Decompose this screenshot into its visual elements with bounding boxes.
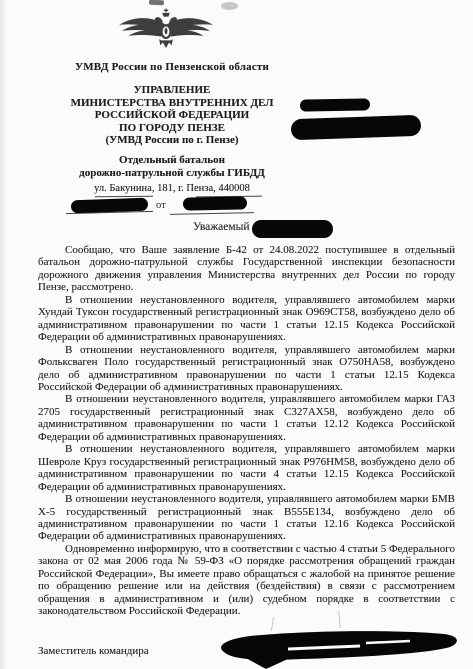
form-underline xyxy=(95,196,153,198)
paragraph-case-volkswagen-polo: В отношении неустановленного водителя, у… xyxy=(38,344,455,394)
unit-name-block: Отдельный батальон дорожно-патрульной сл… xyxy=(28,154,316,180)
paragraph-appeal-rights: Одновременно информирую, что в соответст… xyxy=(38,543,455,618)
issuing-region-title: УМВД России по Пензенской области xyxy=(28,61,316,73)
org-line: РОССИЙСКОЙ ФЕДЕРАЦИИ xyxy=(28,109,316,122)
scan-edge-shadow xyxy=(0,0,7,669)
org-line: УПРАВЛЕНИЕ xyxy=(28,84,316,97)
paragraph-case-bmw-x5: В отношении неустановленного водителя, у… xyxy=(38,493,455,543)
ref-from-label: от xyxy=(156,200,166,211)
unit-line: Отдельный батальон xyxy=(28,154,316,167)
organization-name-block: УПРАВЛЕНИЕ МИНИСТЕРСТВА ВНУТРЕННИХ ДЕЛ Р… xyxy=(28,84,316,147)
unit-line: дорожно-патрульной службы ГИБДД xyxy=(28,167,316,180)
scan-smudge xyxy=(149,0,164,5)
scanned-letter-page: УМВД России по Пензенской области УПРАВЛ… xyxy=(0,0,473,669)
org-line: ПО ГОРОДУ ПЕНЗЕ xyxy=(28,122,316,135)
letter-body: Сообщаю, что Ваше заявление Б-42 от 24.0… xyxy=(38,244,455,618)
paragraph-case-hyundai-tucson: В отношении неустановленного водителя, у… xyxy=(38,294,455,344)
redaction-addressee-line1 xyxy=(300,98,370,111)
scan-smudge xyxy=(221,2,238,10)
redaction-addressee-name xyxy=(252,220,333,238)
paragraph-intro: Сообщаю, что Ваше заявление Б-42 от 24.0… xyxy=(38,244,455,294)
postal-address: ул. Бакунина, 181, г. Пенза, 440008 xyxy=(28,183,316,194)
redaction-ref-date xyxy=(183,196,247,210)
redaction-ref-number xyxy=(71,198,148,214)
paragraph-case-chevrolet-cruze: В отношении неустановленного водителя, у… xyxy=(38,443,455,493)
redaction-signature-blob xyxy=(210,628,458,669)
ref-date-underline xyxy=(170,212,254,215)
paragraph-case-gaz-2705: В отношении неустановленного водителя, у… xyxy=(38,393,455,443)
org-line: МИНИСТЕРСТВА ВНУТРЕННИХ ДЕЛ xyxy=(28,97,316,110)
mvd-eagle-emblem-icon xyxy=(116,7,216,60)
org-line: (УМВД России по г. Пензе) xyxy=(28,134,316,147)
signer-title: Заместитель командира xyxy=(38,645,149,657)
redaction-addressee-line2 xyxy=(291,115,422,141)
salutation-text: Уважаемый xyxy=(193,221,250,233)
